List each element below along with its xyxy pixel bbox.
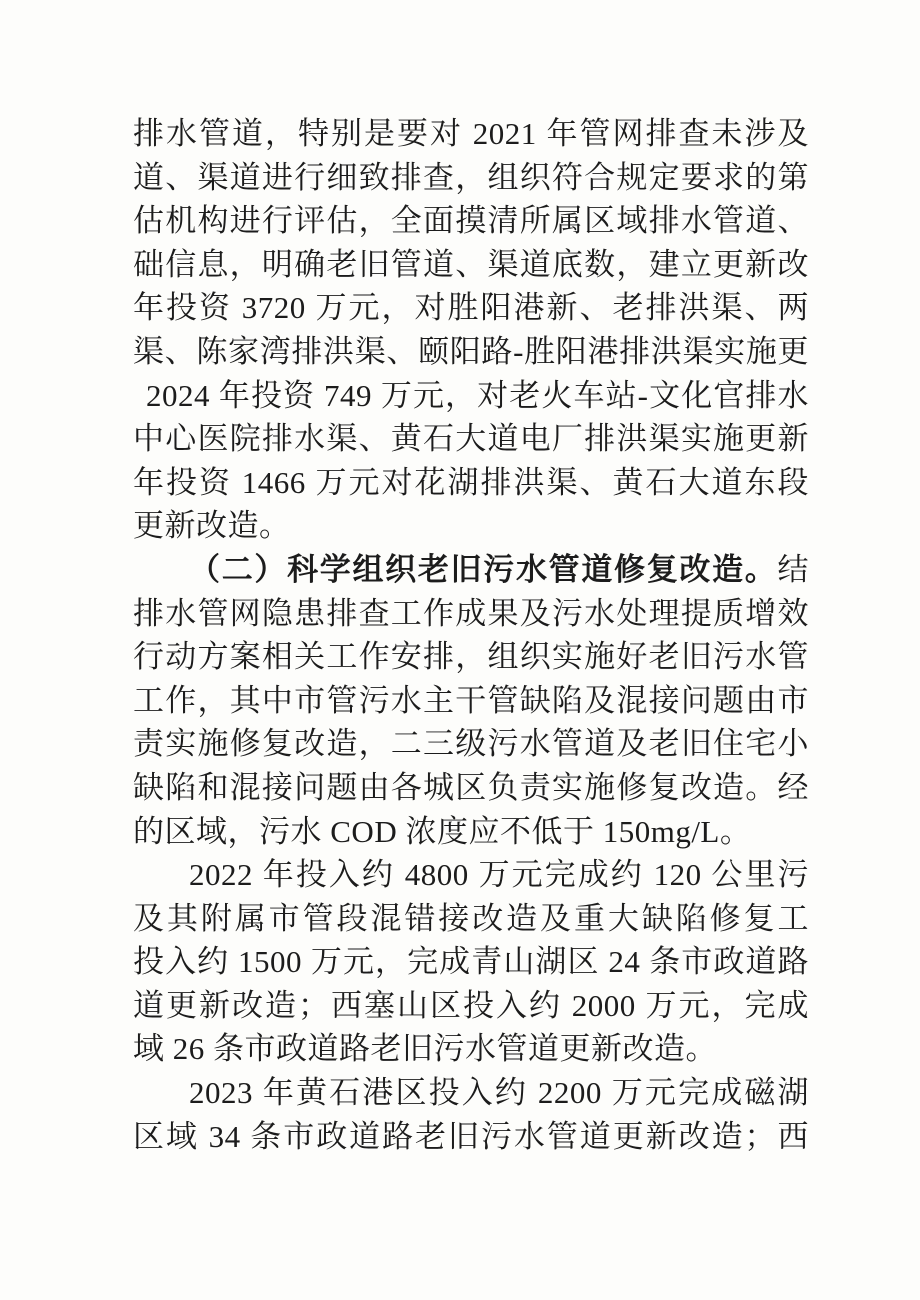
line-text: 工作，其中市管污水主干管缺陷及混接问题由市城发集团负 <box>133 683 809 723</box>
text-line: 投入约 1500 万元，完成青山湖区 24 条市政道路老旧污水管 <box>133 940 809 984</box>
line-text: 中心医院排水渠、黄石大道电厂排洪渠实施更新改造；2025 <box>133 421 809 461</box>
section-heading: （二）科学组织老旧污水管道修复改造。 <box>189 552 778 587</box>
scanned-page: 排水管道，特别是要对 2021 年管网排查未涉及到的雨水管道、渠道进行细致排查，… <box>0 0 920 1300</box>
line-text: 2023 年黄石港区投入约 2200 万元完成磁湖北岸及东岸 <box>189 1075 809 1115</box>
text-line: 年投资 1466 万元对花湖排洪渠、黄石大道东段排水渠实施 <box>133 461 809 505</box>
line-text: 缺陷和混接问题由各城区负责实施修复改造。经过修复改造 <box>133 770 809 810</box>
line-text: 2024 年投资 749 万元，对老火车站-文化官排水渠、地质里- <box>146 378 809 418</box>
line-text: 础信息，明确老旧管道、渠道底数，建立更新改造台账。2023 <box>133 247 809 287</box>
line-text: 道、渠道进行细致排查，组织符合规定要求的第三方监测评 <box>133 160 809 200</box>
text-line: 缺陷和混接问题由各城区负责实施修复改造。经过修复改造 <box>133 766 809 810</box>
text-line: 2023 年黄石港区投入约 2200 万元完成磁湖北岸及东岸 <box>133 1071 809 1115</box>
document-body: 排水管道，特别是要对 2021 年管网排查未涉及到的雨水管道、渠道进行细致排查，… <box>133 112 809 1158</box>
text-line: 2022 年投入约 4800 万元完成约 120 公里污水主干管网 <box>133 853 809 897</box>
text-line: 2024 年投资 749 万元，对老火车站-文化官排水渠、地质里- <box>133 374 809 418</box>
text-line: 更新改造。 <box>133 504 809 548</box>
line-text: 域 26 条市政道路老旧污水管道更新改造。 <box>133 1031 717 1066</box>
line-text: 更新改造。 <box>133 508 291 543</box>
line-text: 年投资 3720 万元，对胜阳港新、老排洪渠、两户联通渠老 <box>133 290 809 330</box>
text-line: 年投资 3720 万元，对胜阳港新、老排洪渠、两户联通渠老 <box>133 286 809 330</box>
line-text: 责实施修复改造，二三级污水管道及老旧住宅小区内的管道 <box>133 726 809 766</box>
text-line: 础信息，明确老旧管道、渠道底数，建立更新改造台账。2023 <box>133 243 809 287</box>
text-line: 排水管网隐患排查工作成果及污水处理提质增效三年攻坚 <box>133 592 809 636</box>
line-text: 行动方案相关工作安排，组织实施好老旧污水管道修复改造 <box>133 639 809 679</box>
line-text: 道更新改造；西塞山区投入约 2000 万元，完成磁湖南岸区 <box>133 988 809 1028</box>
text-line: 渠、陈家湾排洪渠、颐阳路-胜阳港排洪渠实施更新改造； <box>133 330 809 374</box>
line-text: 投入约 1500 万元，完成青山湖区 24 条市政道路老旧污水管 <box>133 944 809 984</box>
line-text: 排水管道，特别是要对 2021 年管网排查未涉及到的雨水管 <box>133 116 809 156</box>
text-line: 道、渠道进行细致排查，组织符合规定要求的第三方监测评 <box>133 156 809 200</box>
line-text: 年投资 1466 万元对花湖排洪渠、黄石大道东段排水渠实施 <box>133 465 809 505</box>
text-line: （二）科学组织老旧污水管道修复改造。结合 2021 年 <box>133 548 809 592</box>
line-text: 2022 年投入约 4800 万元完成约 120 公里污水主干管网 <box>189 857 809 897</box>
text-line: 责实施修复改造，二三级污水管道及老旧住宅小区内的管道 <box>133 722 809 766</box>
line-text: 区域 34 条市政道路老旧污水管道更新改造；西塞山区投入 <box>133 1119 809 1159</box>
text-line: 行动方案相关工作安排，组织实施好老旧污水管道修复改造 <box>133 635 809 679</box>
text-line: 排水管道，特别是要对 2021 年管网排查未涉及到的雨水管 <box>133 112 809 156</box>
text-line: 道更新改造；西塞山区投入约 2000 万元，完成磁湖南岸区 <box>133 984 809 1028</box>
text-line: 区域 34 条市政道路老旧污水管道更新改造；西塞山区投入 <box>133 1115 809 1159</box>
text-line: 的区域，污水 COD 浓度应不低于 150mg/L。 <box>133 810 809 854</box>
line-text: 渠、陈家湾排洪渠、颐阳路-胜阳港排洪渠实施更新改造； <box>133 334 809 374</box>
line-text: 排水管网隐患排查工作成果及污水处理提质增效三年攻坚 <box>133 596 809 636</box>
text-line: 及其附属市管段混错接改造及重大缺陷修复工作；黄石港区 <box>133 897 809 941</box>
line-text: 的区域，污水 COD 浓度应不低于 150mg/L。 <box>133 814 751 849</box>
text-line: 工作，其中市管污水主干管缺陷及混接问题由市城发集团负 <box>133 679 809 723</box>
line-text: 估机构进行评估，全面摸清所属区域排水管道、渠道设施基 <box>133 203 809 243</box>
text-line: 域 26 条市政道路老旧污水管道更新改造。 <box>133 1027 809 1071</box>
text-line: 估机构进行评估，全面摸清所属区域排水管道、渠道设施基 <box>133 199 809 243</box>
line-text: 及其附属市管段混错接改造及重大缺陷修复工作；黄石港区 <box>133 901 809 941</box>
text-line: 中心医院排水渠、黄石大道电厂排洪渠实施更新改造；2025 <box>133 417 809 461</box>
